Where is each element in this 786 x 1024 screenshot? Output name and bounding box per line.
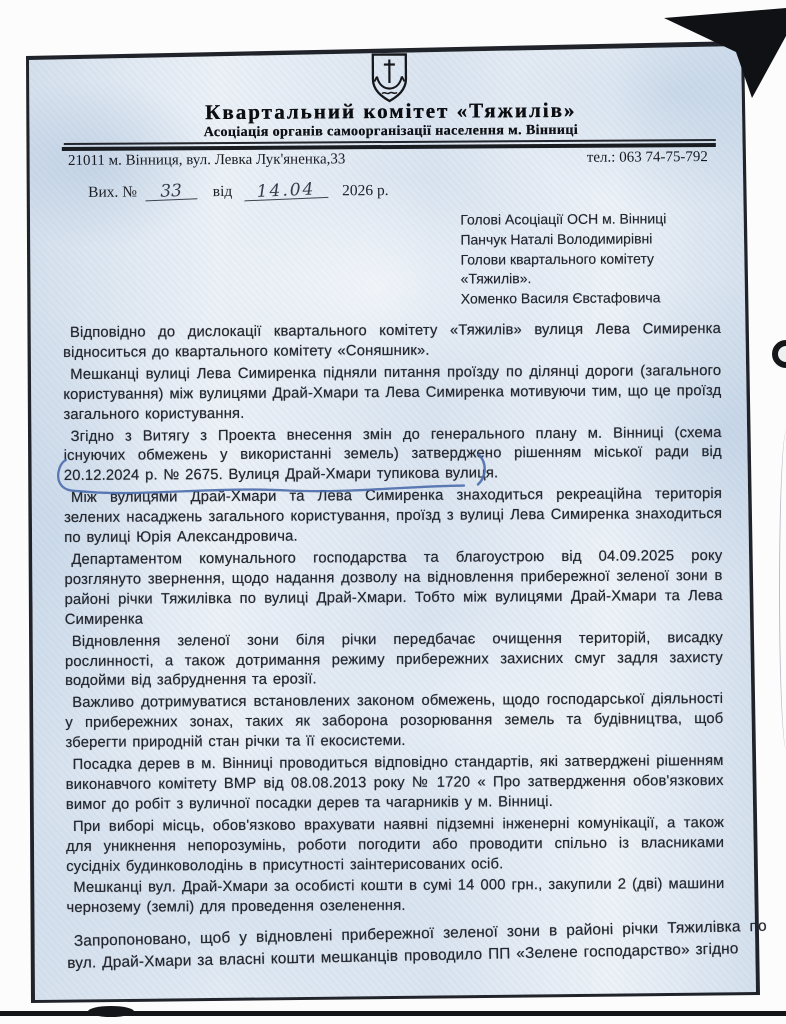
body-paragraph: Мешканці вулиці Лева Симиренка підняли п… (63, 362, 721, 426)
year-label: 2026 р. (342, 182, 389, 199)
body-paragraph: Відповідно до дислокації квартального ко… (63, 320, 721, 364)
recipient-block: Голові Асоціації ОСН м. Вінниці Панчук Н… (460, 209, 696, 309)
header-contact-row: 21011 м. Вінниця, вул. Левка Лук'яненка,… (68, 149, 708, 170)
body-paragraph: Департаментом комунального господарства … (64, 547, 722, 631)
recipient-line: Панчук Наталі Володимирівні (460, 229, 695, 250)
body-paragraph: Посадка дерев в м. Вінниці проводиться в… (66, 752, 724, 816)
reference-line: Вих. № 33 від 14.04 2026 р. (88, 182, 389, 202)
vinnytsia-coat-of-arms-icon (369, 52, 409, 104)
pen-annotation (50, 451, 520, 516)
body-paragraph: При виборі місць, обов'язково врахувати … (66, 814, 724, 878)
pen-margin-hook-and-underline (58, 458, 464, 494)
date-label: від (213, 183, 233, 200)
body-paragraph: Важливо дотримуватися встановлених закон… (65, 690, 723, 754)
body-paragraph: Запропоновано, щоб у відновлені прибереж… (67, 916, 768, 975)
letter-body: Відповідно до дислокації квартального ко… (63, 320, 725, 977)
outgoing-number-label: Вих. № (88, 184, 137, 201)
organization-address: 21011 м. Вінниця, вул. Левка Лук'яненка,… (68, 151, 346, 170)
scanned-letter: Квартальний комітет «Тяжилів» Асоціація … (0, 0, 786, 1024)
recipient-line: Голові Асоціації ОСН м. Вінниці (460, 209, 695, 230)
outgoing-number-handwritten: 33 (145, 183, 198, 201)
pen-paren-mark (478, 454, 485, 484)
letter-content: Квартальний комітет «Тяжилів» Асоціація … (0, 0, 786, 1024)
body-paragraph: Відновлення зеленої зони біля річки пере… (65, 629, 723, 693)
recipient-line: Голови квартального комітету (460, 249, 695, 270)
organization-phone: тел.: 063 74-75-792 (587, 149, 708, 167)
scan-bottom-frame-bump (88, 1006, 134, 1017)
body-paragraph: Мешканці вул. Драй-Хмари за особисті кош… (66, 875, 724, 919)
recipient-line: «Тяжилів». (461, 269, 696, 290)
outgoing-date-handwritten: 14.04 (244, 182, 329, 201)
recipient-line: Хоменко Василя Євстафовича (461, 288, 696, 309)
